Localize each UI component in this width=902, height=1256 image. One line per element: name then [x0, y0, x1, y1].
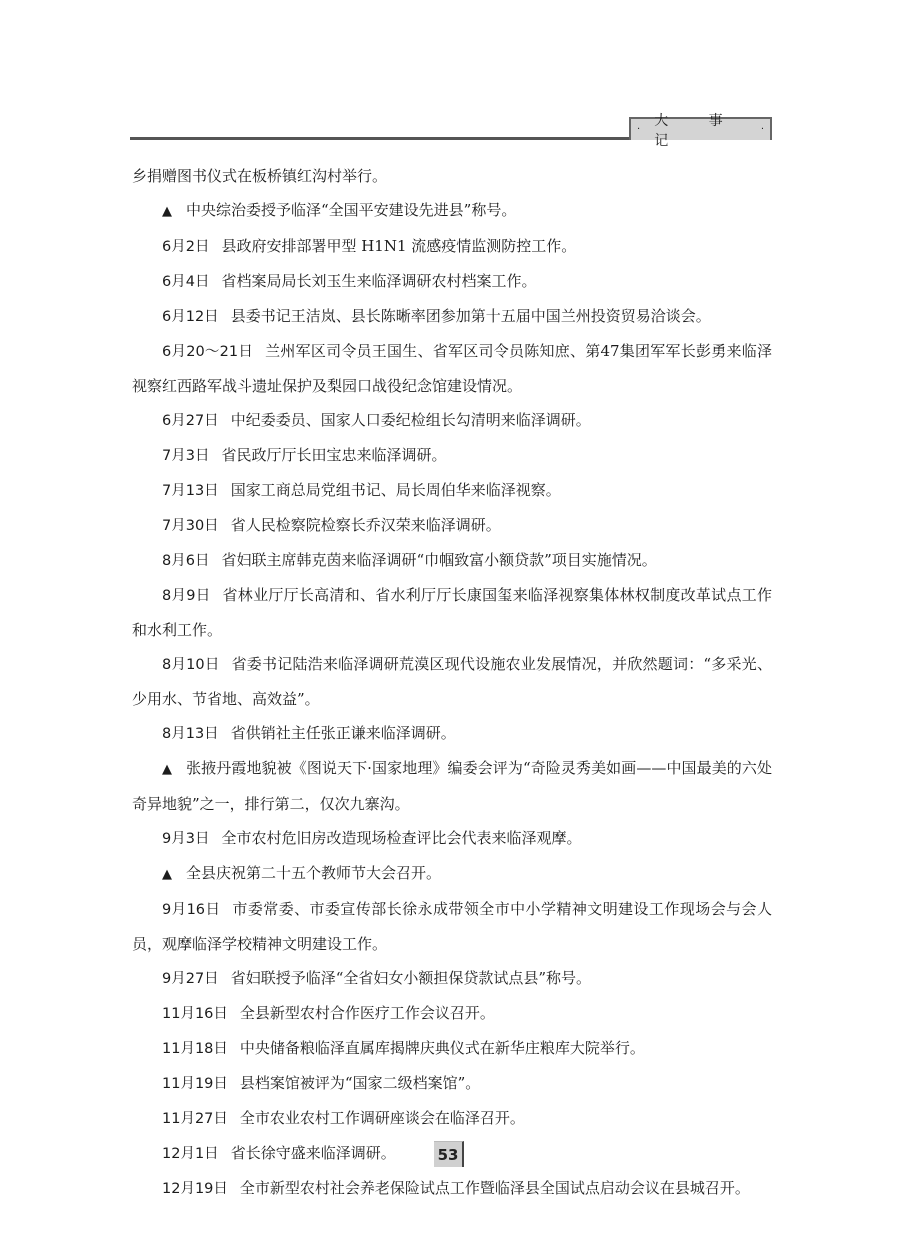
entry-date: 8月6日 — [162, 553, 209, 569]
entry-dated: 6月4日省档案局局长刘玉生来临泽调研农村档案工作。 — [132, 264, 772, 299]
entry-date: 8月10日 — [162, 657, 220, 673]
entry-date: 6月20～21日 — [162, 344, 253, 360]
entry-text: 省妇联授予临泽“全省妇女小额担保贷款试点县”称号。 — [231, 969, 591, 987]
entry-date: 9月27日 — [162, 971, 219, 987]
entry-dated: 8月10日省委书记陆浩来临泽调研荒漠区现代设施农业发展情况，并欣然题词：“多采光… — [132, 647, 772, 716]
entry-dated: 8月13日省供销社主任张正谦来临泽调研。 — [132, 716, 772, 751]
entry-text: 省委书记陆浩来临泽调研荒漠区现代设施农业发展情况，并欣然题词：“多采光、少用水、… — [132, 655, 772, 708]
entry-date: 9月3日 — [162, 831, 209, 847]
entry-date: 6月12日 — [162, 309, 219, 325]
entry-triangle: ▲全县庆祝第二十五个教师节大会召开。 — [132, 856, 772, 892]
entry-dated: 6月2日县政府安排部署甲型 H1N1 流感疫情监测防控工作。 — [132, 229, 772, 264]
entry-text: 市委常委、市委宣传部长徐永成带领全市中小学精神文明建设工作现场会与会人员，观摩临… — [132, 900, 772, 953]
entry-dated: 11月19日县档案馆被评为“国家二级档案馆”。 — [132, 1066, 772, 1101]
entry-date: 9月16日 — [162, 902, 220, 918]
entry-dated: 11月27日全市农业农村工作调研座谈会在临泽召开。 — [132, 1101, 772, 1136]
entry-dated: 9月27日省妇联授予临泽“全省妇女小额担保贷款试点县”称号。 — [132, 961, 772, 996]
entry-text: 国家工商总局党组书记、局长周伯华来临泽视察。 — [231, 481, 561, 499]
entry-text: 全市农村危旧房改造现场检查评比会代表来临泽观摩。 — [221, 829, 581, 847]
entry-date: 6月27日 — [162, 413, 219, 429]
entry-dated: 7月3日省民政厅厅长田宝忠来临泽调研。 — [132, 438, 772, 473]
entry-date: 11月18日 — [162, 1041, 228, 1057]
entry-dated: 6月27日中纪委委员、国家人口委纪检组长勾清明来临泽调研。 — [132, 403, 772, 438]
entry-dated: 9月3日全市农村危旧房改造现场检查评比会代表来临泽观摩。 — [132, 821, 772, 856]
page-number: 53 — [434, 1141, 464, 1167]
entry-text: 张掖丹霞地貌被《图说天下·国家地理》编委会评为“奇险灵秀美如画——中国最美的六处… — [132, 759, 772, 813]
entry-continuation: 乡捐赠图书仪式在板桥镇红沟村举行。 — [132, 159, 772, 193]
entry-text: 中央储备粮临泽直属库揭牌庆典仪式在新华庄粮库大院举行。 — [240, 1039, 645, 1057]
header-dot-right: · — [761, 124, 764, 135]
entry-dated: 12月19日全市新型农村社会养老保险试点工作暨临泽县全国试点启动会议在县城召开。 — [132, 1171, 772, 1206]
triangle-bullet-icon: ▲ — [162, 762, 172, 777]
entry-dated: 11月16日全县新型农村合作医疗工作会议召开。 — [132, 996, 772, 1031]
entry-text: 全县新型农村合作医疗工作会议召开。 — [240, 1004, 495, 1022]
entry-text: 中央综治委授予临泽“全国平安建设先进县”称号。 — [186, 201, 516, 219]
entry-triangle: ▲张掖丹霞地貌被《图说天下·国家地理》编委会评为“奇险灵秀美如画——中国最美的六… — [132, 751, 772, 821]
entry-dated: 6月20～21日兰州军区司令员王国生、省军区司令员陈知庶、第47集团军军长彭勇来… — [132, 334, 772, 403]
triangle-bullet-icon: ▲ — [162, 867, 172, 882]
entry-dated: 7月13日国家工商总局党组书记、局长周伯华来临泽视察。 — [132, 473, 772, 508]
entry-date: 12月19日 — [162, 1181, 228, 1197]
entry-text: 中纪委委员、国家人口委纪检组长勾清明来临泽调研。 — [231, 411, 591, 429]
entry-dated: 11月18日中央储备粮临泽直属库揭牌庆典仪式在新华庄粮库大院举行。 — [132, 1031, 772, 1066]
entry-date: 8月13日 — [162, 726, 219, 742]
entry-date: 8月9日 — [162, 588, 211, 604]
entry-text: 省长徐守盛来临泽调研。 — [231, 1144, 396, 1162]
entry-dated: 6月12日县委书记王洁岚、县长陈晰率团参加第十五届中国兰州投资贸易洽谈会。 — [132, 299, 772, 334]
entry-text: 省林业厅厅长高清和、省水利厅厅长康国玺来临泽视察集体林权制度改革试点工作和水利工… — [132, 586, 772, 639]
entry-text: 省档案局局长刘玉生来临泽调研农村档案工作。 — [221, 272, 536, 290]
entry-text: 全县庆祝第二十五个教师节大会召开。 — [186, 864, 441, 882]
entry-text: 全市新型农村社会养老保险试点工作暨临泽县全国试点启动会议在县城召开。 — [240, 1179, 750, 1197]
entry-triangle: ▲中央综治委授予临泽“全国平安建设先进县”称号。 — [132, 193, 772, 229]
entry-text: 县档案馆被评为“国家二级档案馆”。 — [240, 1074, 480, 1092]
entry-text: 省妇联主席韩克茵来临泽调研“巾帼致富小额贷款”项目实施情况。 — [221, 551, 656, 569]
entry-text: 县政府安排部署甲型 H1N1 流感疫情监测防控工作。 — [221, 237, 576, 255]
entry-text: 全市农业农村工作调研座谈会在临泽召开。 — [240, 1109, 525, 1127]
entry-date: 6月2日 — [162, 239, 209, 255]
entry-date: 7月13日 — [162, 483, 219, 499]
entry-text: 省供销社主任张正谦来临泽调研。 — [231, 724, 456, 742]
entry-dated: 8月6日省妇联主席韩克茵来临泽调研“巾帼致富小额贷款”项目实施情况。 — [132, 543, 772, 578]
entry-date: 12月1日 — [162, 1146, 219, 1162]
section-header-tab: · 大 事 记 · — [629, 117, 772, 140]
entry-date: 11月16日 — [162, 1006, 228, 1022]
entry-date: 7月30日 — [162, 518, 219, 534]
chronicle-body: 乡捐赠图书仪式在板桥镇红沟村举行。 ▲中央综治委授予临泽“全国平安建设先进县”称… — [132, 159, 772, 1206]
entry-dated: 9月16日市委常委、市委宣传部长徐永成带领全市中小学精神文明建设工作现场会与会人… — [132, 892, 772, 961]
entry-text: 县委书记王洁岚、县长陈晰率团参加第十五届中国兰州投资贸易洽谈会。 — [231, 307, 711, 325]
entry-date: 6月4日 — [162, 274, 209, 290]
entry-date: 11月19日 — [162, 1076, 228, 1092]
entry-dated: 7月30日省人民检察院检察长乔汉荣来临泽调研。 — [132, 508, 772, 543]
entry-text: 省民政厅厅长田宝忠来临泽调研。 — [221, 446, 446, 464]
entry-text: 省人民检察院检察长乔汉荣来临泽调研。 — [231, 516, 501, 534]
entry-dated: 8月9日省林业厅厅长高清和、省水利厅厅长康国玺来临泽视察集体林权制度改革试点工作… — [132, 578, 772, 647]
entry-text: 乡捐赠图书仪式在板桥镇红沟村举行。 — [132, 167, 387, 185]
triangle-bullet-icon: ▲ — [162, 204, 172, 219]
section-title: 大 事 记 — [640, 110, 761, 150]
entry-date: 11月27日 — [162, 1111, 228, 1127]
entry-date: 7月3日 — [162, 448, 209, 464]
